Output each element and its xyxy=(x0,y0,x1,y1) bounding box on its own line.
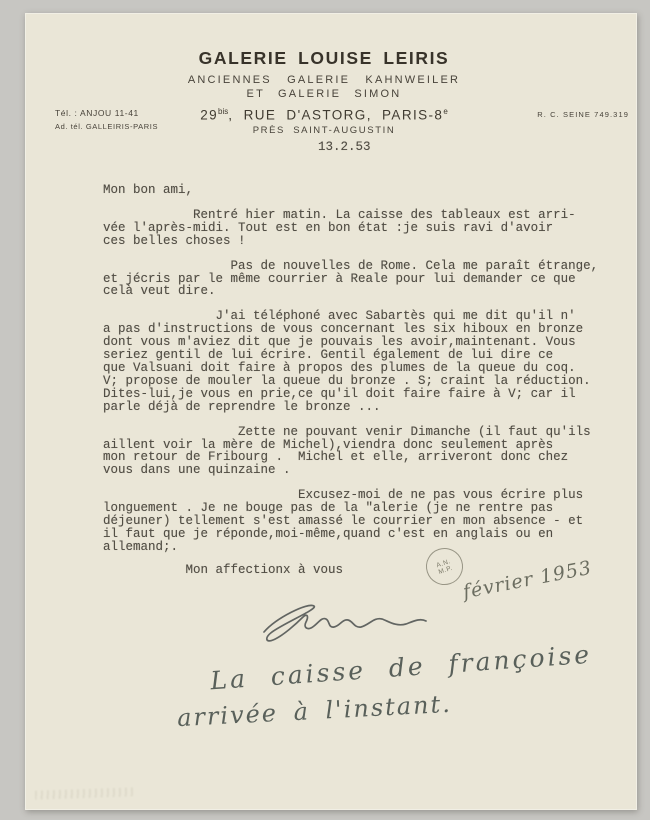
scan-background: GALERIE LOUISE LEIRIS ANCIENNES GALERIE … xyxy=(0,0,650,820)
gallery-name: GALERIE LOUISE LEIRIS xyxy=(25,48,623,69)
letter-date: 13.2.53 xyxy=(318,141,371,154)
address-street: , RUE D'ASTORG, PARIS-8 xyxy=(228,108,443,123)
salutation: Mon bon ami, xyxy=(103,184,613,197)
postscript-line-2: arrivée à l'instant. xyxy=(176,690,452,732)
paragraph-5: Excusez-moi de ne pas vous écrire plus l… xyxy=(103,489,613,554)
former-gallery-name-1: ANCIENNES GALERIE KAHNWEILER xyxy=(25,74,623,86)
signature xyxy=(256,596,431,654)
phone-line: Tél. : ANJOU 11-41 xyxy=(55,107,158,120)
registry-line: R. C. SEINE 749.319 xyxy=(537,110,629,119)
paragraph-1: Rentré hier matin. La caisse des tableau… xyxy=(103,209,613,248)
paragraph-2: Pas de nouvelles de Rome. Cela me paraît… xyxy=(103,260,613,299)
letter-body: Mon bon ami, Rentré hier matin. La caiss… xyxy=(103,184,613,577)
letter-paper: GALERIE LOUISE LEIRIS ANCIENNES GALERIE … xyxy=(25,13,637,810)
faint-marking xyxy=(35,787,135,799)
contact-block: Tél. : ANJOU 11-41 Ad. tél. GALLEIRIS-PA… xyxy=(55,107,158,133)
address-number: 29 xyxy=(200,108,218,123)
paragraph-3: J'ai téléphoné avec Sabartès qui me dit … xyxy=(103,310,613,413)
former-gallery-name-2: ET GALERIE SIMON xyxy=(25,88,623,100)
address-district-suffix: e xyxy=(443,107,447,116)
paragraph-4: Zette ne pouvant venir Dimanche (il faut… xyxy=(103,426,613,478)
telegraph-line: Ad. tél. GALLEIRIS-PARIS xyxy=(55,120,158,133)
address-number-suffix: bis xyxy=(218,107,228,116)
